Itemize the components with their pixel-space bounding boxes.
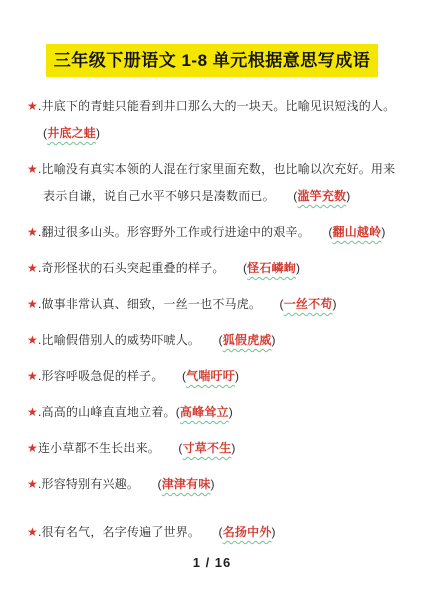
- star-bullet-icon: ★: [27, 261, 38, 275]
- item-description: 连小草都不生长出来。: [38, 441, 154, 455]
- close-paren: ): [333, 297, 337, 311]
- idiom-answer: 怪石嶙峋: [247, 261, 296, 275]
- idiom-item: ★连小草都不生长出来。 (寸草不生): [27, 435, 404, 462]
- title-section: 三年级下册语文 1-8 单元根据意思写成语: [0, 0, 424, 77]
- star-bullet-icon: ★: [27, 333, 38, 347]
- answer-gap: [154, 441, 178, 455]
- close-paren: ): [235, 369, 239, 383]
- answer-gap: [304, 225, 328, 239]
- idiom-item: ★.比喻没有真实本领的人混在行家里面充数，也比喻以次充好。用来表示自谦，说自己水…: [27, 156, 404, 210]
- idiom-answer: 津津有味: [162, 477, 211, 491]
- idiom-item: ★.很有名气，名字传遍了世界。 (名扬中外): [27, 519, 404, 546]
- idiom-list: ★.井底下的青蛙只能看到井口那么大的一块天。比喻见识短浅的人。(井底之蛙) ★.…: [0, 77, 424, 546]
- idiom-answer: 滥竽充数: [297, 189, 346, 203]
- close-paren: ): [272, 525, 276, 539]
- item-description: 高高的山峰直直地立着。: [42, 405, 176, 419]
- close-paren: ): [272, 333, 276, 347]
- item-description: 很有名气，名字传遍了世界。: [42, 525, 195, 539]
- idiom-answer: 高峰耸立: [180, 405, 229, 419]
- idiom-answer: 气喘吁吁: [186, 369, 235, 383]
- page-title: 三年级下册语文 1-8 单元根据意思写成语: [46, 44, 379, 77]
- idiom-item: ★.比喻假借别人的威势吓唬人。 (狐假虎威): [27, 327, 404, 354]
- item-description: 奇形怪状的石头突起重叠的样子。: [42, 261, 219, 275]
- idiom-answer: 井底之蛙: [47, 126, 96, 140]
- star-bullet-icon: ★: [27, 477, 38, 491]
- idiom-item: ★.做事非常认真、细致，一丝一也不马虎。 (一丝不苟): [27, 291, 404, 318]
- close-paren: ): [346, 189, 350, 203]
- star-bullet-icon: ★: [27, 525, 38, 539]
- idiom-item: ★.翻过很多山头。形容野外工作或行进途中的艰辛。 (翻山越岭): [27, 219, 404, 246]
- idiom-item: ★.井底下的青蛙只能看到井口那么大的一块天。比喻见识短浅的人。(井底之蛙): [27, 93, 404, 147]
- idiom-item: ★.高高的山峰直直地立着。(高峰耸立): [27, 399, 404, 426]
- page-number: 1 / 16: [0, 555, 424, 570]
- idiom-answer: 名扬中外: [223, 525, 272, 539]
- star-bullet-icon: ★: [27, 405, 38, 419]
- idiom-item: ★.奇形怪状的石头突起重叠的样子。 (怪石嶙峋): [27, 255, 404, 282]
- item-description: 比喻假借别人的威势吓唬人。: [42, 333, 195, 347]
- idiom-answer: 翻山越岭: [333, 225, 382, 239]
- close-paren: ): [211, 477, 215, 491]
- star-bullet-icon: ★: [27, 297, 38, 311]
- close-paren: ): [96, 126, 100, 140]
- item-description: 形容特别有兴趣。: [42, 477, 134, 491]
- item-description: 做事非常认真、细致，一丝一也不马虎。: [42, 297, 256, 311]
- close-paren: ): [229, 405, 233, 419]
- idiom-answer: 寸草不生: [183, 441, 232, 455]
- star-bullet-icon: ★: [27, 225, 38, 239]
- star-bullet-icon: ★: [27, 99, 38, 113]
- answer-gap: [219, 261, 243, 275]
- answer-gap: [158, 369, 182, 383]
- idiom-answer: 一丝不苟: [284, 297, 333, 311]
- answer-gap: [269, 189, 293, 203]
- item-description: 井底下的青蛙只能看到井口那么大的一块天。比喻见识短浅的人。: [42, 99, 396, 113]
- worksheet-page: 三年级下册语文 1-8 单元根据意思写成语 ★.井底下的青蛙只能看到井口那么大的…: [0, 0, 424, 600]
- star-bullet-icon: ★: [27, 162, 38, 176]
- close-paren: ): [381, 225, 385, 239]
- answer-gap: [133, 477, 157, 491]
- star-bullet-icon: ★: [27, 369, 38, 383]
- item-description: 形容呼吸急促的样子。: [42, 369, 158, 383]
- idiom-item: ★.形容特别有兴趣。 (津津有味): [27, 471, 404, 498]
- idiom-answer: 狐假虎威: [223, 333, 272, 347]
- idiom-item: ★.形容呼吸急促的样子。 (气喘吁吁): [27, 363, 404, 390]
- answer-gap: [255, 297, 279, 311]
- item-description: 翻过很多山头。形容野外工作或行进途中的艰辛。: [42, 225, 304, 239]
- star-bullet-icon: ★: [27, 441, 38, 455]
- answer-gap: [194, 525, 218, 539]
- close-paren: ): [231, 441, 235, 455]
- answer-gap: [194, 333, 218, 347]
- close-paren: ): [296, 261, 300, 275]
